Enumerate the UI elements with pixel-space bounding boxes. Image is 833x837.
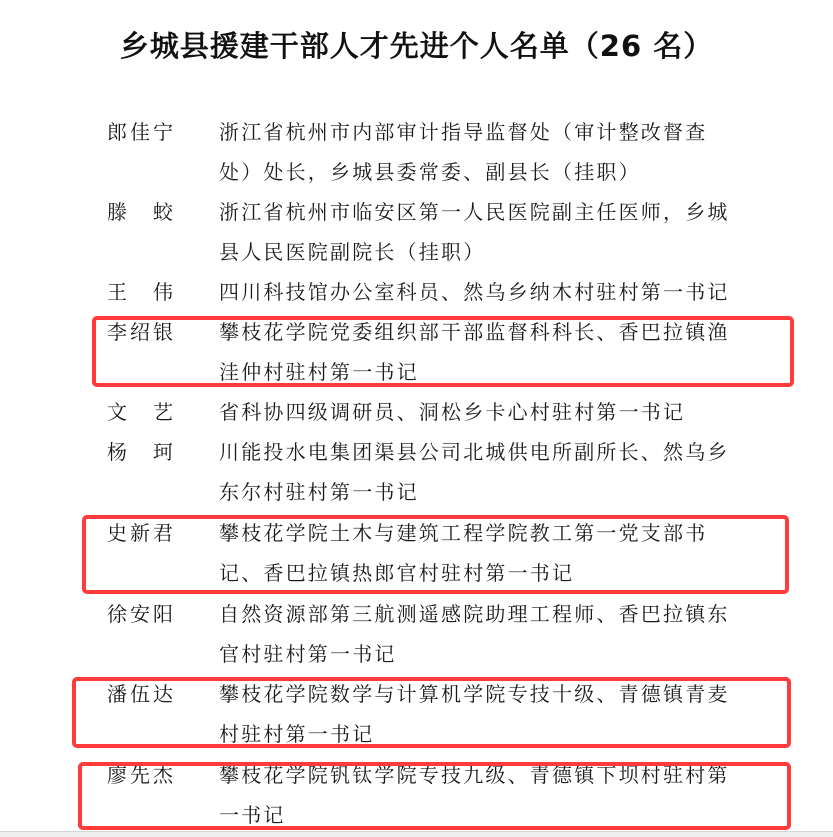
position-line: 浙江省杭州市内部审计指导监督处（审计整改督查 [219, 112, 739, 152]
position-line: 攀枝花学院数学与计算机学院专技十级、青德镇青麦 [219, 674, 739, 714]
position-line: 浙江省杭州市临安区第一人民医院副主任医师，乡城 [219, 192, 739, 232]
position-line: 攀枝花学院土木与建筑工程学院教工第一党支部书 [219, 513, 739, 553]
person-name: 潘伍达 [107, 674, 197, 714]
person-position: 自然资源部第三航测遥感院助理工程师、香巴拉镇东 官村驻村第一书记 [219, 594, 739, 674]
person-position: 攀枝花学院土木与建筑工程学院教工第一党支部书 记、香巴拉镇热郎官村驻村第一书记 [219, 513, 739, 593]
person-name: 徐安阳 [107, 594, 197, 634]
position-line: 四川科技馆办公室科员、然乌乡纳木村驻村第一书记 [219, 272, 739, 312]
person-name: 杨 珂 [107, 432, 197, 472]
person-position: 攀枝花学院党委组织部干部监督科科长、香巴拉镇渔 洼仲村驻村第一书记 [219, 312, 739, 392]
person-name: 廖先杰 [107, 755, 197, 795]
person-name: 王 伟 [107, 272, 197, 312]
viewer-bottom-edge [0, 831, 833, 837]
position-line: 自然资源部第三航测遥感院助理工程师、香巴拉镇东 [219, 594, 739, 634]
person-name: 文 艺 [107, 392, 197, 432]
position-line: 官村驻村第一书记 [219, 634, 739, 674]
position-line: 攀枝花学院党委组织部干部监督科科长、香巴拉镇渔 [219, 312, 739, 352]
person-position: 川能投水电集团渠县公司北城供电所副所长、然乌乡 东尔村驻村第一书记 [219, 432, 739, 512]
person-position: 四川科技馆办公室科员、然乌乡纳木村驻村第一书记 [219, 272, 739, 312]
person-position: 省科协四级调研员、洞松乡卡心村驻村第一书记 [219, 392, 739, 432]
position-line: 一书记 [219, 795, 739, 835]
position-line: 省科协四级调研员、洞松乡卡心村驻村第一书记 [219, 392, 739, 432]
person-name: 史新君 [107, 513, 197, 553]
person-name: 李绍银 [107, 312, 197, 352]
person-name: 郎佳宁 [107, 112, 197, 152]
position-line: 处）处长，乡城县委常委、副县长（挂职） [219, 152, 739, 192]
position-line: 洼仲村驻村第一书记 [219, 352, 739, 392]
person-position: 浙江省杭州市临安区第一人民医院副主任医师，乡城 县人民医院副院长（挂职） [219, 192, 739, 272]
person-position: 浙江省杭州市内部审计指导监督处（审计整改督查 处）处长，乡城县委常委、副县长（挂… [219, 112, 739, 192]
position-line: 村驻村第一书记 [219, 714, 739, 754]
position-line: 县人民医院副院长（挂职） [219, 232, 739, 272]
position-line: 川能投水电集团渠县公司北城供电所副所长、然乌乡 [219, 432, 739, 472]
position-line: 攀枝花学院钒钛学院专技九级、青德镇下坝村驻村第 [219, 755, 739, 795]
person-position: 攀枝花学院钒钛学院专技九级、青德镇下坝村驻村第 一书记 [219, 755, 739, 835]
person-name: 滕 蛟 [107, 192, 197, 232]
position-line: 记、香巴拉镇热郎官村驻村第一书记 [219, 553, 739, 593]
document-title: 乡城县援建干部人才先进个人名单（26 名） [0, 24, 833, 65]
person-position: 攀枝花学院数学与计算机学院专技十级、青德镇青麦 村驻村第一书记 [219, 674, 739, 754]
position-line: 东尔村驻村第一书记 [219, 472, 739, 512]
